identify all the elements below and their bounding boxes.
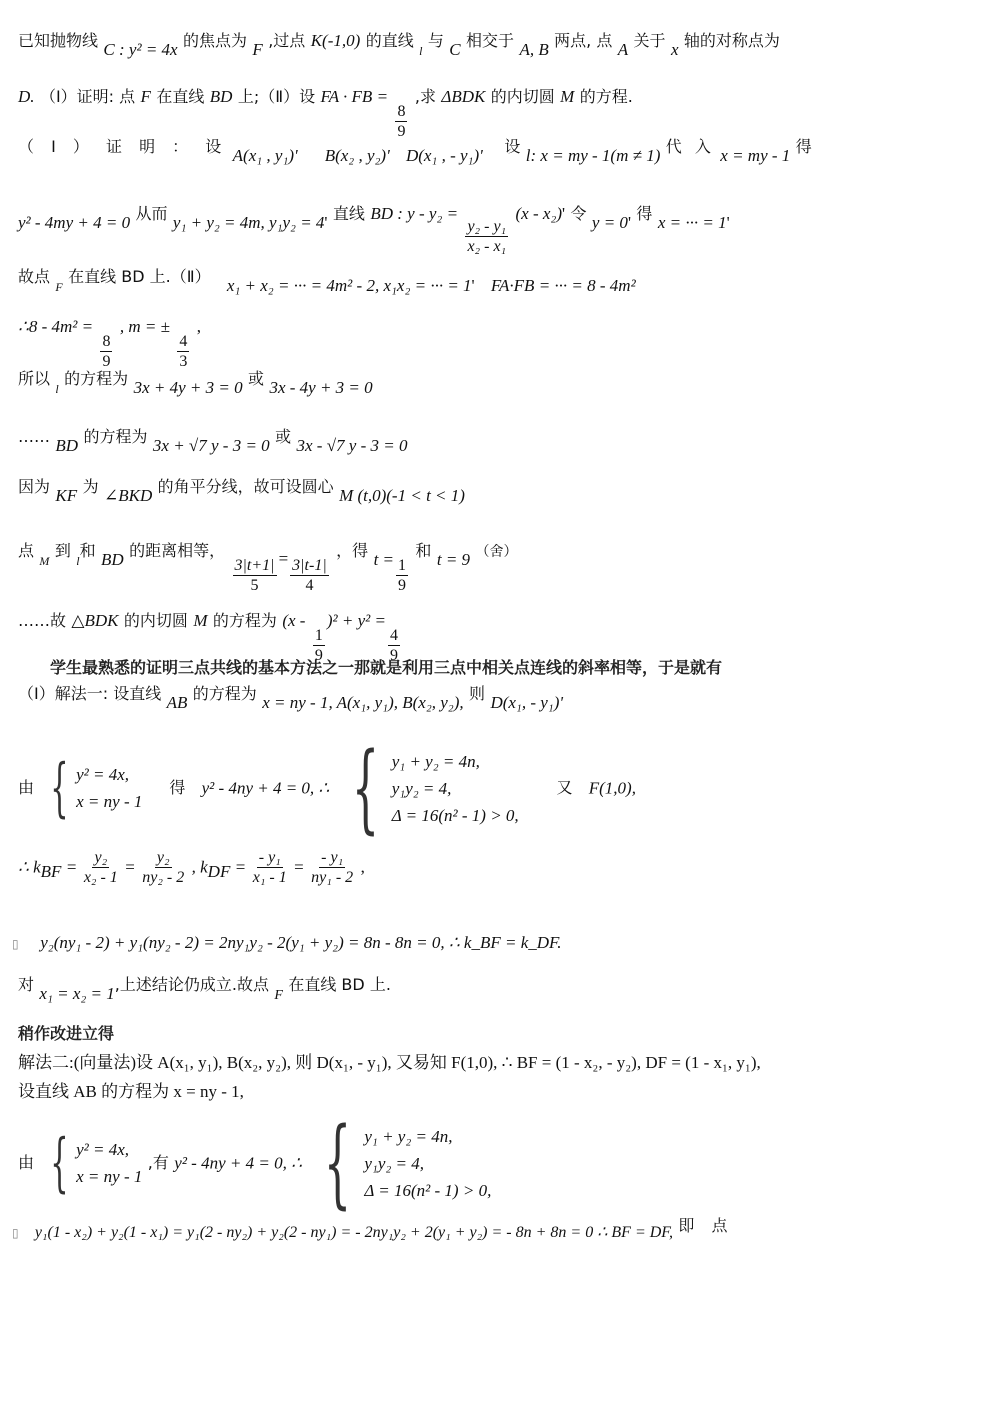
math-l: l [76,554,79,568]
equation: y² = 4x, [76,766,142,783]
numerator: - y₁ [319,850,345,868]
math-point-d: D(x₁ , - y₁)' [406,146,483,165]
text: 在直线 [156,87,204,106]
math-m: M [560,87,574,106]
proof-line-1: （ Ⅰ ） 证 明 ： 设 A(x₁ , y₁)' B(x₂ , y₂)' D(… [18,138,812,156]
fraction: y₂ x₂ - 1 [84,850,118,886]
math-ab: AB [167,693,188,712]
math-f: F [274,988,283,1003]
denominator: ny₁ - 2 [311,868,353,886]
denominator: 9 [102,352,110,370]
math-kf: KF [55,486,77,505]
denominator: 3 [179,352,187,370]
text: ' [472,276,475,295]
math-dot-result: FA·FB = ··· = 8 - 4m² [491,276,636,295]
brace-icon: { [51,756,69,820]
fraction: y₂ - y₁ x₂ - x₁ [465,219,508,255]
method1-line-1: （Ⅰ）解法一: 设直线 AB 的方程为 x = ny - 1, A(x₁, y₁… [18,685,563,703]
math-focus: F(1,0), [589,779,636,798]
method2-line-1: 解法二:(向量法)设 A(x₁, y₁), B(x₂, y₂), 则 D(x₁,… [18,1054,761,1072]
math-t: t = [374,550,394,569]
text: , [361,858,365,877]
math-line-ab: 设直线 AB 的方程为 x = ny - 1, [18,1082,244,1101]
math-quadratic: y² - 4ny + 4 = 0, ∴ [202,779,330,798]
text: 两点, 点 [554,31,612,50]
text: 轴的对称点为 [684,31,780,50]
text: 又 [557,778,573,797]
text: ,过点 [268,31,305,50]
denominator: 4 [305,576,313,594]
brace-icon: { [324,1115,351,1211]
text: ,有 [148,1153,169,1172]
proof-line-6: …… BD 的方程为 3x + √7 y - 3 = 0 或 3x - √7 y… [18,428,407,446]
text: 因为 [18,477,50,496]
result-brace: { y₁ + y₂ = 4n, y₁y₂ = 4, Δ = 16(n² - 1)… [335,740,519,836]
math-conclusion: y₁(1 - x₂) + y₂(1 - x₁) = y₁(2 - ny₂) + … [35,1224,673,1241]
proof-line-5: 所以 l 的方程为 3x + 4y + 3 = 0 或 3x - 4y + 3 … [18,370,373,388]
math-point-d: D(x₁, - y₁)' [490,693,563,712]
numerator: 4 [177,334,189,352]
math-point-a: A(x₁ , y₁)' [233,146,298,165]
text: 得 [636,204,652,223]
math-line-eq: l: x = my - 1(m ≠ 1) [526,146,661,165]
proof-line-9: ……故 △BDK 的内切圆 M 的方程为 (x - 1 9 )² + y² = … [18,612,402,664]
text: 对 [18,975,34,994]
math-bd: BD [101,550,124,569]
equation: y² = 4x, [76,1141,142,1158]
math-dot-product: FA · FB = [321,87,389,106]
math-a: A [618,40,628,59]
numerator: 4 [388,628,400,646]
text: 的内切圆 [124,611,188,630]
fraction: 3|t-1| 4 [290,558,329,594]
proof-line-4: ∴8 - 4m² = 8 9 , m = ± 4 3 , [18,318,201,370]
math-eq-l2: 3x - 4y + 3 = 0 [269,378,372,397]
numerator: 1 [313,628,325,646]
text: 已知抛物线 [18,31,98,50]
text: 故点 [18,267,50,286]
system-brace: { y² = 4x, x = ny - 1 [39,1131,142,1195]
text: 与 [428,31,444,50]
numerator: 8 [395,104,407,122]
proof-line-3: 故点 F 在直线 BD 上.（Ⅱ） x₁ + x₂ = ··· = 4m² - … [18,268,636,286]
text: 的距离相等， [129,541,225,560]
math-m: M [193,611,207,630]
numerator: 3|t+1| [233,558,277,576]
fraction: 4 3 [177,334,189,370]
text: 为 [83,477,99,496]
math-d: D. [18,87,35,106]
fraction: - y₁ x₁ - 1 [253,850,287,886]
math-line-ab: x = ny - 1, A(x₁, y₁), B(x₂, y₂), [262,693,463,712]
subscript: DF [208,862,231,881]
numerator: y₂ [92,850,109,868]
text: 设 [504,137,520,156]
fraction: y₂ ny₂ - 2 [142,850,184,886]
text: ' [324,213,327,232]
math-sum-product: x₁ + x₂ = ··· = 4m² - 2, x₁x₂ = ··· = 1 [227,276,472,295]
math-f: F [141,87,151,106]
text: （Ⅰ）证明: 点 [40,87,135,106]
text: 的焦点为 [183,31,247,50]
denominator: x₂ - 1 [84,868,118,886]
math-center: M (t,0)(-1 < t < 1) [339,486,465,505]
text: 的方程. [580,87,633,106]
text: ' [727,213,730,232]
text: 到 [55,541,71,560]
text: 在直线 BD 上. [288,975,391,994]
math: ∴ k [18,858,41,877]
equation: x = ny - 1 [76,793,142,810]
bold-note-2: 稍作改进立得 [18,1026,114,1042]
system-rows: y² = 4x, x = ny - 1 [76,766,142,810]
text: 由 [18,1153,34,1172]
math-eq: (x - [282,611,305,630]
math-t9: t = 9 [437,550,470,569]
text: ' [562,204,565,223]
method1-system: 由 { y² = 4x, x = ny - 1 得 y² - 4ny + 4 =… [18,740,636,836]
text: 则 [469,684,485,703]
method2-line-2: 设直线 AB 的方程为 x = ny - 1, [18,1083,244,1101]
text: 从而 [135,204,167,223]
brace-icon: { [351,740,378,836]
fraction: - y₁ ny₁ - 2 [311,850,353,886]
text: 的内切圆 [491,87,555,106]
equation: y₁ + y₂ = 4n, [364,1128,491,1145]
text: 或 [248,369,264,388]
text: = [125,858,135,877]
math-x: x [671,40,679,59]
text: = [236,858,246,877]
method1-slopes: ∴ kBF = y₂ x₂ - 1 = y₂ ny₂ - 2 , kDF = -… [18,850,365,886]
fraction: 8 9 [100,334,112,370]
text: ……故 [18,611,66,630]
math-sub: x = my - 1 [720,146,790,165]
result-rows: y₁ + y₂ = 4n, y₁y₂ = 4, Δ = 16(n² - 1) >… [392,753,519,824]
denominator: x₁ - 1 [253,868,287,886]
math-triangle: △BDK [71,611,118,630]
text: 的方程为 [64,369,128,388]
equation: y₁y₂ = 4, [392,780,519,797]
missing-glyph-icon: ▯ [12,937,19,951]
text: 由 [18,778,34,797]
text: ,上述结论仍成立.故点 [115,975,269,994]
text: 和 [415,541,431,560]
equation: x = ny - 1 [76,1168,142,1185]
text: 所以 [18,369,50,388]
text: ' [628,213,631,232]
text: ,求 [415,87,436,106]
text: 代 入 [666,137,715,156]
text: 和 [80,541,96,560]
math-focus: F [252,40,262,59]
text: 在直线 BD 上.（Ⅱ） [68,267,210,286]
denominator: ny₂ - 2 [142,868,184,886]
text: = [279,549,289,568]
math-quadratic: y² - 4my + 4 = 0 [18,213,130,232]
math-y0: y = 0 [592,213,628,232]
text: （Ⅰ）解法一: 设直线 [18,684,161,703]
result-rows: y₁ + y₂ = 4n, y₁y₂ = 4, Δ = 16(n² - 1) >… [364,1128,491,1199]
text: = [294,858,304,877]
math-bd-line: BD : y - y₂ = [370,204,458,223]
denominator: x₂ - x₁ [467,237,506,255]
math-eq-l1: 3x + 4y + 3 = 0 [134,378,243,397]
brace-icon: { [51,1131,69,1195]
math-eq-bd1: 3x + √7 y - 3 = 0 [153,436,270,455]
method2-conclusion: ▯ y₁(1 - x₂) + y₂(1 - x₁) = y₁(2 - ny₂) … [12,1224,734,1241]
math-point-k: K(-1,0) [311,31,361,50]
math-parabola: C : y² = 4x [103,40,177,59]
text: …… [18,427,50,446]
text: 直线 [333,204,365,223]
denominator: 9 [398,576,406,594]
method1-conclusion: ▯ y₂(ny₁ - 2) + y₁(ny₂ - 2) = 2ny₁y₂ - 2… [12,934,561,952]
equation: Δ = 16(n² - 1) > 0, [364,1182,491,1199]
text: 得 [796,137,812,156]
system-brace: { y² = 4x, x = ny - 1 [39,756,142,820]
numerator: - y₁ [257,850,283,868]
text: 得 [169,778,185,797]
numerator: 3|t-1| [290,558,329,576]
text: 或 [275,427,291,446]
text: 的直线 [366,31,414,50]
fraction: 8 9 [395,104,407,140]
math-vector-setup: 解法二:(向量法)设 A(x₁, y₁), B(x₂, y₂), 则 D(x₁,… [18,1053,761,1072]
text: 的方程为 [213,611,277,630]
math-m: M [39,554,49,568]
math-factor: (x - x₂) [516,204,562,223]
numerator: 8 [100,334,112,352]
math-eq-bd2: 3x - √7 y - 3 = 0 [297,436,408,455]
system-rows: y² = 4x, x = ny - 1 [76,1141,142,1185]
proof-line-7: 因为 KF 为 ∠BKD 的角平分线，故可设圆心 M (t,0)(-1 < t … [18,478,465,496]
text: 的角平分线，故可设圆心 [158,477,334,496]
bold-note: 学生最熟悉的证明三点共线的基本方法之一那就是利用三点中相关点连线的斜率相等，于是… [50,660,722,676]
math-point-b: B(x₂ , y₂)' [325,146,390,165]
math-f: F [55,280,62,294]
math-ab: A, B [519,40,548,59]
missing-glyph-icon: ▯ [12,1226,19,1240]
text: 令 [570,204,586,223]
text: , [197,317,201,336]
math-m-value: , m = ± [120,317,170,336]
subscript: BF [41,862,62,881]
math-line-l: l [419,44,422,58]
text: 上;（Ⅱ）设 [238,87,315,106]
method1-special: 对 x₁ = x₂ = 1,上述结论仍成立.故点 F 在直线 BD 上. [18,976,391,994]
text: 的方程为 [193,684,257,703]
proof-line-8: 点 M 到 l和 BD 的距离相等， 3|t+1| 5 = 3|t-1| 4 ，… [18,542,517,594]
fraction: 1 9 [396,558,408,594]
equation: Δ = 16(n² - 1) > 0, [392,807,519,824]
method2-system: 由 { y² = 4x, x = ny - 1 ,有 y² - 4ny + 4 … [18,1115,491,1211]
text: ，得 [336,541,368,560]
math-quadratic: y² - 4ny + 4 = 0, ∴ [174,1154,302,1173]
result-brace: { y₁ + y₂ = 4n, y₁y₂ = 4, Δ = 16(n² - 1)… [307,1115,491,1211]
problem-line-2: D. （Ⅰ）证明: 点 F 在直线 BD 上;（Ⅱ）设 FA · FB = 8 … [18,88,633,140]
math-triangle: ΔBDK [441,87,485,106]
denominator: 5 [251,576,259,594]
math-vieta: y₁ + y₂ = 4m, y₁y₂ = 4 [173,213,325,232]
equation: y₁y₂ = 4, [364,1155,491,1172]
math-angle: ∠BKD [104,486,152,505]
text: 的方程为 [83,427,147,446]
numerator: y₂ - y₁ [465,219,508,237]
text: 点 [18,541,34,560]
text: 关于 [634,31,666,50]
fraction: 3|t+1| 5 [233,558,277,594]
math-eq: )² + y² = [327,611,386,630]
math-bd: BD [55,436,78,455]
math-x1: x = ··· = 1 [658,213,727,232]
equation: y₁ + y₂ = 4n, [392,753,519,770]
numerator: 1 [396,558,408,576]
math: , k [192,858,208,877]
math-eq: ∴8 - 4m² = [18,317,93,336]
math-special: x₁ = x₂ = 1 [39,984,114,1003]
text: = [67,858,77,877]
math-l: l [55,382,58,396]
numerator: y₂ [155,850,172,868]
text: 相交于 [466,31,514,50]
math-bd: BD [210,87,233,106]
proof-line-2: y² - 4my + 4 = 0 从而 y₁ + y₂ = 4m, y₁y₂ =… [18,205,730,255]
text: （ Ⅰ ） 证 明 ： 设 [18,137,227,156]
math-c: C [449,40,460,59]
problem-line-1: 已知抛物线 C : y² = 4x 的焦点为 F ,过点 K(-1,0) 的直线… [18,32,780,50]
text: （舍） [475,544,517,560]
text: 即 点 [678,1216,733,1235]
math-conclusion: y₂(ny₁ - 2) + y₁(ny₂ - 2) = 2ny₁y₂ - 2(y… [40,933,561,952]
